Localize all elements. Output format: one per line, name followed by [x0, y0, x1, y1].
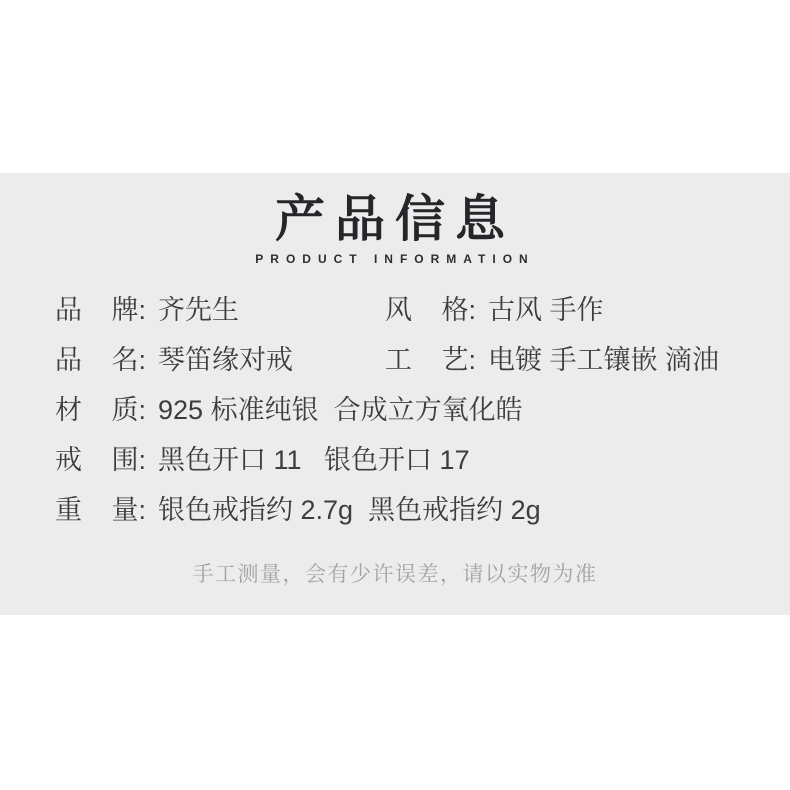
weight-value: 银色戒指约 2.7g 黑色戒指约 2g: [158, 488, 541, 527]
spec-row-weight: 重 量: 银色戒指约 2.7g 黑色戒指约 2g: [55, 482, 750, 532]
measurement-note: 手工测量，会有少许误差，请以实物为准: [0, 558, 790, 588]
ring-size-value: 黑色开口 11 银色开口 17: [158, 438, 470, 477]
page-title: 产品信息: [0, 191, 790, 247]
spec-cell-ring-size: 戒 围: 黑色开口 11 银色开口 17: [55, 438, 470, 477]
spec-row-ring-size: 戒 围: 黑色开口 11 银色开口 17: [55, 432, 750, 482]
name-value: 琴笛缘对戒: [158, 338, 293, 377]
spec-row-material: 材 质: 925 标准纯银 合成立方氧化皓: [55, 382, 750, 432]
material-value: 925 标准纯银 合成立方氧化皓: [158, 388, 523, 427]
spec-row-name-craft: 品 名: 琴笛缘对戒 工 艺: 电镀 手工镶嵌 滴油: [55, 332, 750, 382]
spec-cell-craft: 工 艺: 电镀 手工镶嵌 滴油: [385, 338, 719, 377]
name-label: 品 名:: [55, 338, 146, 377]
product-info-panel: 产品信息 PRODUCT INFORMATION 品 牌: 齐先生 风 格: 古…: [0, 173, 790, 615]
brand-label: 品 牌:: [55, 288, 146, 327]
craft-label: 工 艺:: [385, 338, 476, 377]
brand-value: 齐先生: [158, 288, 239, 327]
style-value: 古风 手作: [488, 288, 604, 327]
spec-cell-style: 风 格: 古风 手作: [385, 288, 604, 327]
spec-cell-weight: 重 量: 银色戒指约 2.7g 黑色戒指约 2g: [55, 488, 541, 527]
style-label: 风 格:: [385, 288, 476, 327]
spec-row-brand-style: 品 牌: 齐先生 风 格: 古风 手作: [55, 282, 750, 332]
spec-cell-name: 品 名: 琴笛缘对戒: [55, 338, 385, 377]
page-subtitle: PRODUCT INFORMATION: [0, 252, 790, 266]
spec-cell-brand: 品 牌: 齐先生: [55, 288, 385, 327]
weight-label: 重 量:: [55, 488, 146, 527]
ring-size-label: 戒 围:: [55, 438, 146, 477]
material-label: 材 质:: [55, 388, 146, 427]
spec-cell-material: 材 质: 925 标准纯银 合成立方氧化皓: [55, 388, 523, 427]
spec-rows: 品 牌: 齐先生 风 格: 古风 手作 品 名: 琴笛缘对戒 工 艺: 电镀 手…: [55, 282, 790, 532]
craft-value: 电镀 手工镶嵌 滴油: [488, 338, 719, 377]
